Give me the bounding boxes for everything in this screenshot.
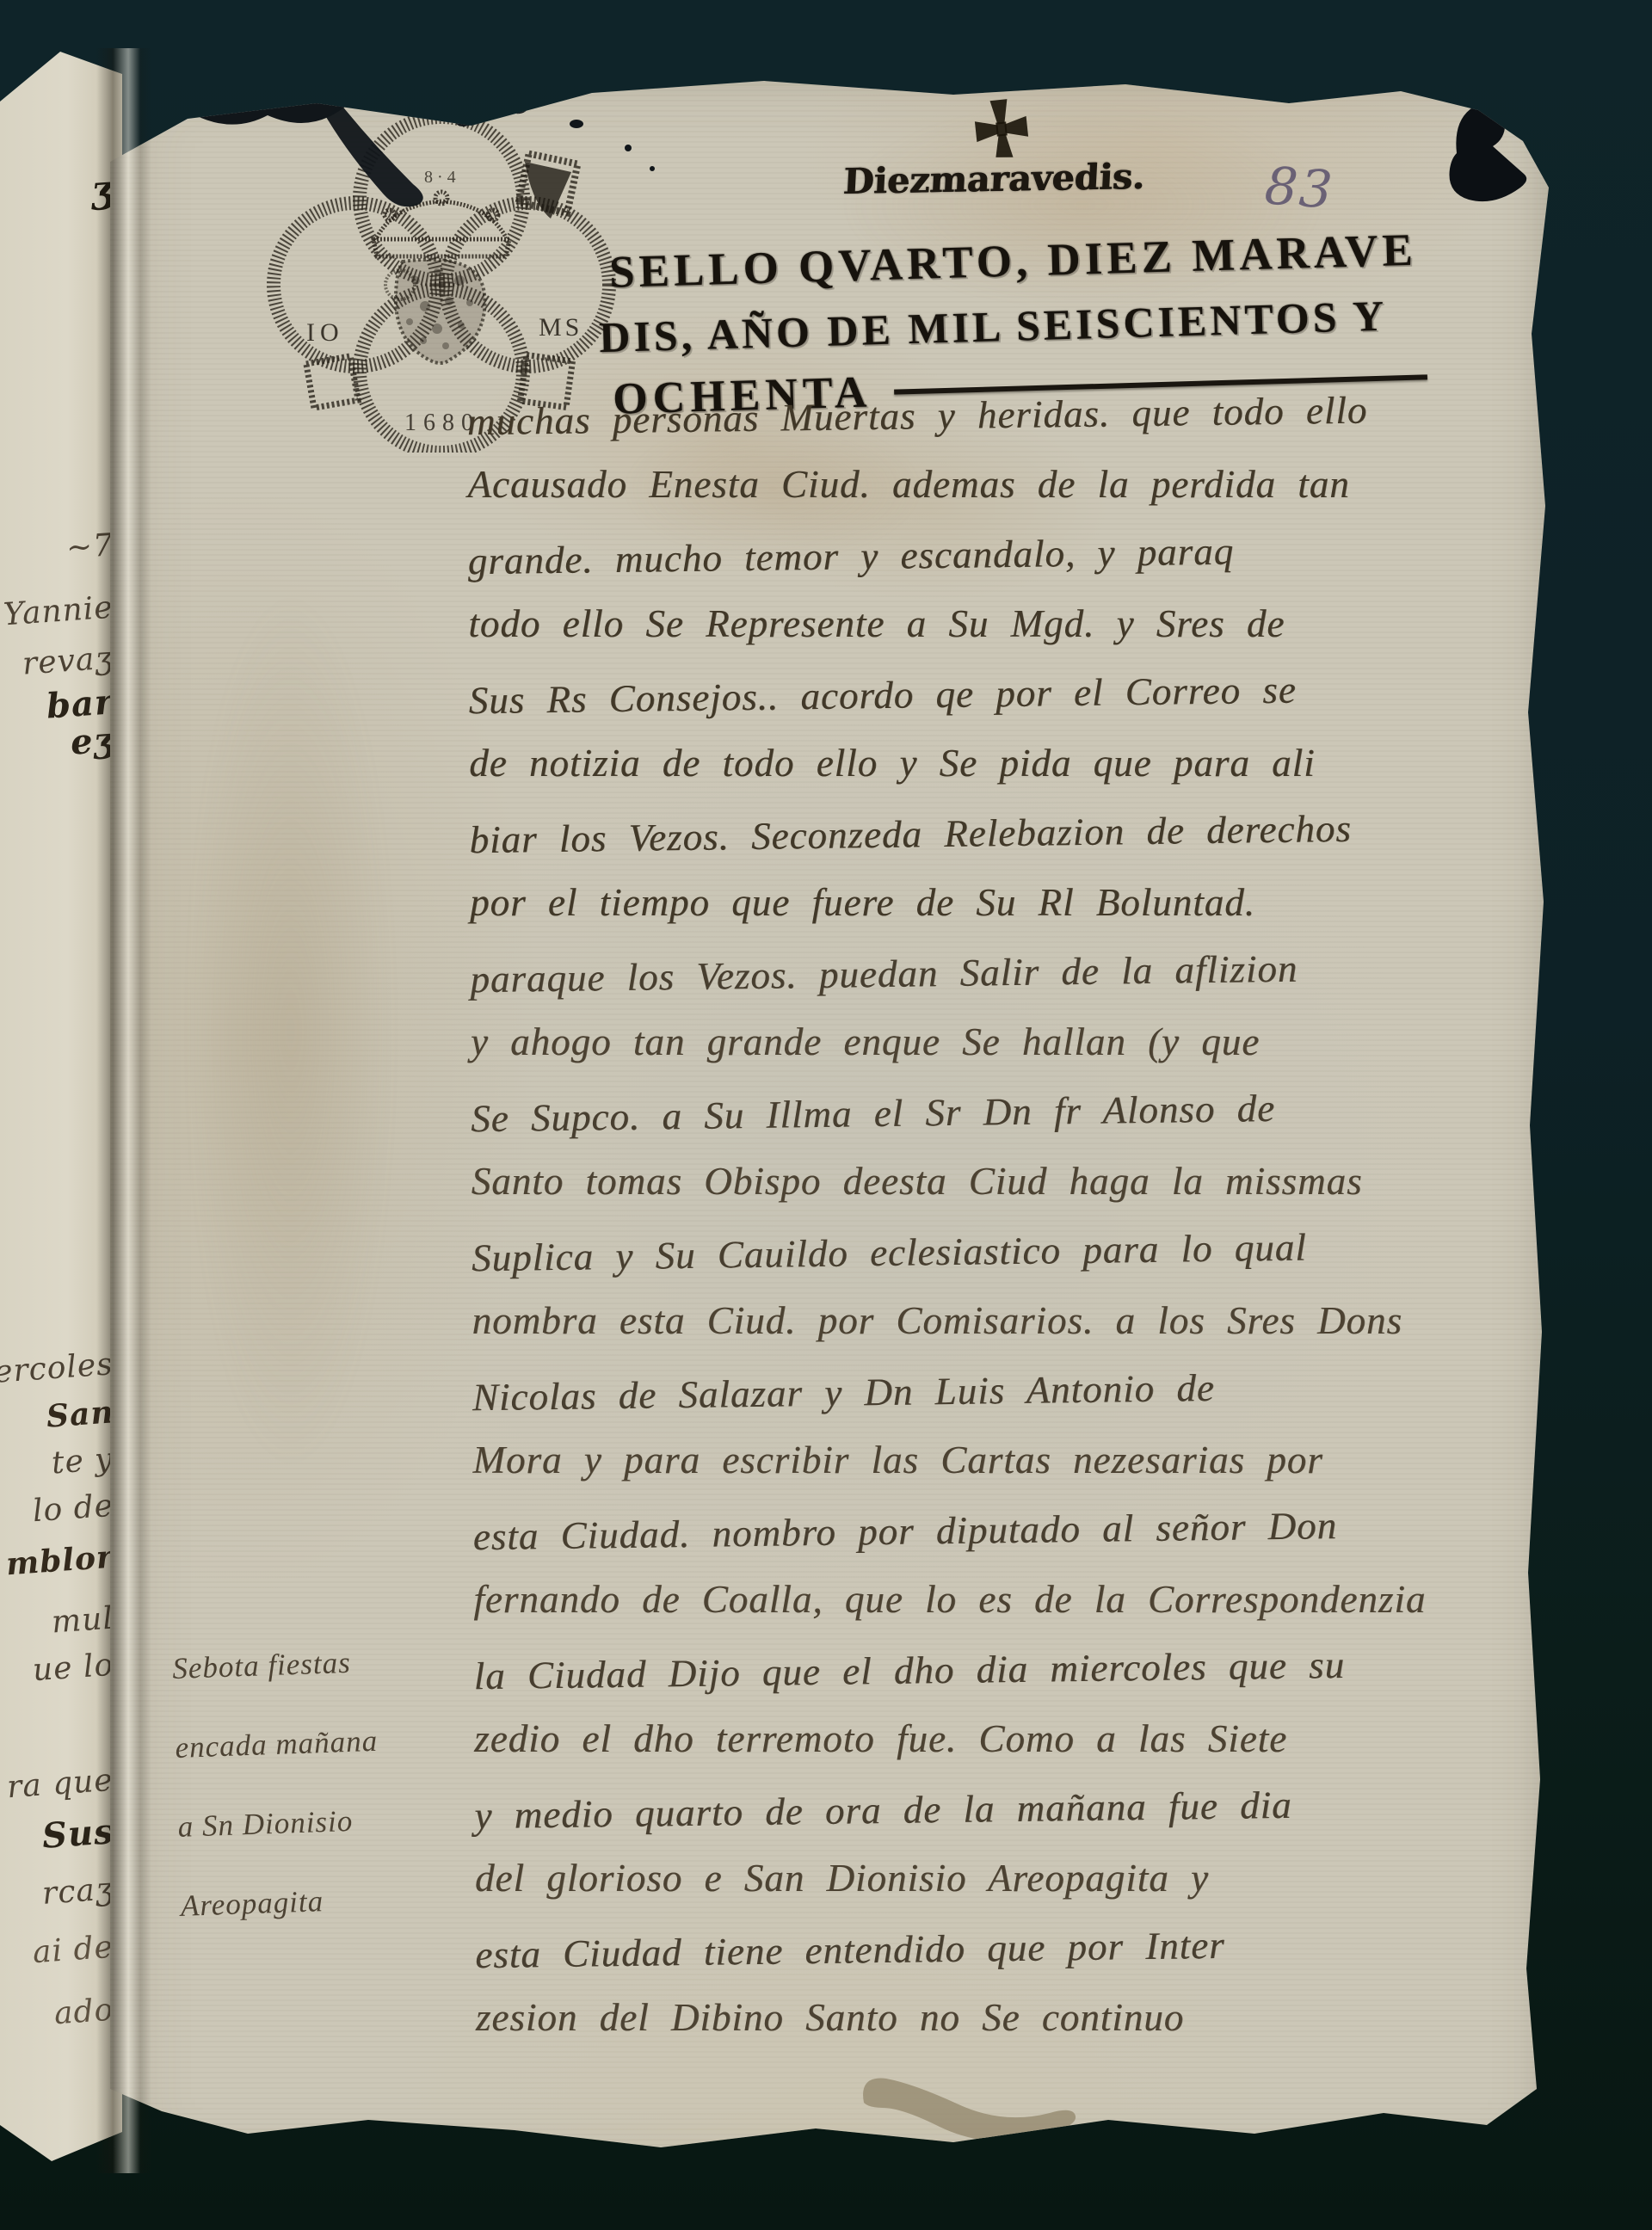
header-script-text: Diezmaravedis. xyxy=(842,156,1146,202)
left-page-fragment: ado xyxy=(52,1993,114,2032)
folio-number: 83 xyxy=(1263,156,1336,220)
left-page-fragment: Yannie xyxy=(3,590,114,633)
manuscript-text-line: por el tiempo que fuere de Su Rl Bolunta… xyxy=(470,880,1554,950)
manuscript-text-line: nombra esta Ciud. por Comisarios. a los … xyxy=(472,1298,1556,1368)
manuscript-text-line: Se Supco. a Su Illma el Sr Dn fr Alonso … xyxy=(471,1082,1556,1166)
manuscript-text-line: Acausado Enesta Ciud. ademas de la perdi… xyxy=(468,462,1552,532)
left-page-fragment: Sus xyxy=(40,1811,115,1857)
left-page-fragment: lo de xyxy=(32,1488,115,1529)
manuscript-text-line: biar los Vezos. Seconzeda Relebazion de … xyxy=(469,804,1554,887)
manuscript-text-line: fernando de Coalla, que lo es de la Corr… xyxy=(473,1577,1557,1647)
manuscript-text-line: Suplica y Su Cauildo eclesiastico para l… xyxy=(472,1222,1556,1305)
manuscript-photo: ʒ~7YannierevaʒbareʒercolesSante ylo demb… xyxy=(0,0,1652,2230)
left-page-fragment: San xyxy=(45,1394,114,1434)
manuscript-body: muchas personas Muertas y heridas. que t… xyxy=(467,390,1560,2068)
manuscript-text-line: muchas personas Muertas y heridas. que t… xyxy=(467,385,1552,469)
manuscript-text-line: grande. mucho temor y escandalo, y paraq xyxy=(467,525,1552,608)
manuscript-text-line: Santo tomas Obispo deesta Ciud haga la m… xyxy=(472,1159,1556,1229)
manuscript-text-line: Mora y para escribir las Cartas nezesari… xyxy=(472,1438,1556,1507)
left-page-fragment: mul xyxy=(51,1601,115,1641)
left-page-fragment: ra que xyxy=(6,1763,114,1806)
margin-note: Sebota fiestasencada mañanaa Sn Dionisio… xyxy=(172,1642,476,1968)
manuscript-text-line: zesion del Dibino Santo no Se continuo xyxy=(476,1995,1560,2065)
manuscript-text-line: y ahogo tan grande enque Se hallan (y qu… xyxy=(471,1020,1555,1089)
manuscript-text-line: Sus Rs Consejos.. acordo qe por el Corre… xyxy=(468,664,1553,748)
manuscript-text-line: Nicolas de Salazar y Dn Luis Antonio de xyxy=(472,1361,1557,1445)
manuscript-text-line: paraque los Vezos. puedan Salir de la af… xyxy=(470,943,1555,1026)
margin-note-line: Sebota fiestas xyxy=(172,1642,467,1731)
left-page-fragments: ʒ~7YannierevaʒbareʒercolesSante ylo demb… xyxy=(0,0,122,2230)
left-page-fragment: ~7 xyxy=(65,527,115,566)
margin-note-line: Areopagita xyxy=(180,1879,475,1968)
manuscript-text-line: zedio el dho terremoto fue. Como a las S… xyxy=(474,1716,1558,1786)
manuscript-text-line: la Ciudad Dijo que el dho dia miercoles … xyxy=(473,1640,1558,1723)
left-page-fragment: ercoles xyxy=(0,1346,114,1390)
left-page-fragment: te y xyxy=(51,1442,114,1482)
manuscript-text-line: de notizia de todo ello y Se pida que pa… xyxy=(469,741,1553,810)
maltese-cross-icon xyxy=(969,92,1034,167)
pen-flourish xyxy=(857,2063,1132,2158)
margin-note-line: encada mañana xyxy=(175,1721,470,1810)
left-page-fragment: ue lo xyxy=(32,1648,115,1688)
seal-left-text: IO xyxy=(306,318,344,347)
facing-page-edge: ʒ~7YannierevaʒbareʒercolesSante ylo demb… xyxy=(0,0,122,2230)
ink-smear xyxy=(126,65,693,272)
manuscript-text-line: esta Ciudad tiene entendido que por Inte… xyxy=(475,1919,1560,2002)
manuscript-text-line: del glorioso e San Dionisio Areopagita y xyxy=(475,1856,1559,1925)
manuscript-page: 8 · 4 IO MS 1680 Diezmaravedis. 83 SELLO… xyxy=(110,59,1573,2192)
left-page-fragment: rcaʒ xyxy=(41,1871,115,1912)
manuscript-text-line: y medio quarto de ora de la mañana fue d… xyxy=(474,1779,1559,1863)
left-page-fragment: ai de xyxy=(32,1930,114,1970)
left-page-fragment: eʒ xyxy=(69,719,114,762)
left-page-fragment: revaʒ xyxy=(22,640,114,681)
manuscript-text-line: esta Ciudad. nombro por diputado al seño… xyxy=(472,1500,1557,1584)
paper-stain xyxy=(162,471,420,1590)
manuscript-text-line: todo ello Se Represente a Su Mgd. y Sres… xyxy=(468,601,1552,671)
left-page-fragment: mblor xyxy=(5,1539,115,1583)
margin-note-line: a Sn Dionisio xyxy=(177,1800,472,1889)
ink-blot xyxy=(1439,93,1543,222)
seal-right-text: MS xyxy=(539,313,583,342)
